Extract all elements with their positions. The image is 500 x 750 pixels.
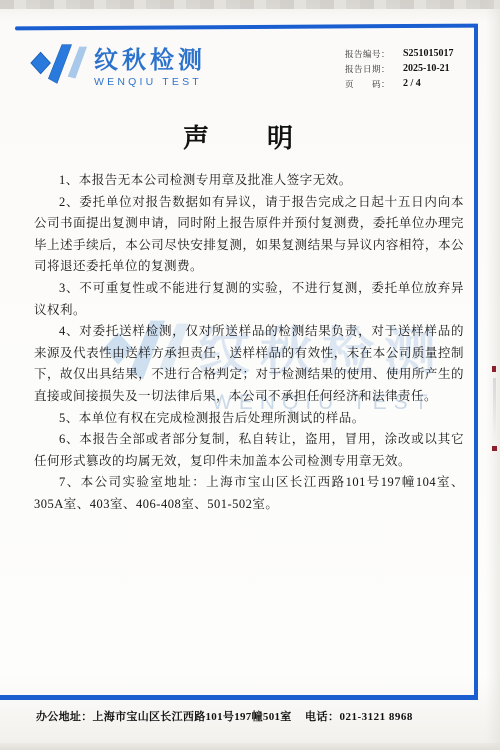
statement-clause-3: 3、不可重复性或不能进行复测的实验，不进行复测，委托单位放弃异议权利。 xyxy=(34,278,464,321)
phone-label: 电话： xyxy=(305,711,340,723)
statement-clause-1: 1、本报告无本公司检测专用章及批准人签字无效。 xyxy=(34,170,464,192)
scan-speck xyxy=(492,446,497,451)
report-number-row: 报告编号： S251015017 xyxy=(345,48,454,60)
report-date-value: 2025-10-21 xyxy=(403,63,450,75)
report-date-row: 报告日期： 2025-10-21 xyxy=(345,63,454,75)
scan-artifact-right-shade xyxy=(486,0,500,750)
office-address-label: 办公地址： xyxy=(36,711,93,723)
scan-artifact-top xyxy=(0,0,500,9)
statement-clause-4: 4、对委托送样检测，仅对所送样品的检测结果负责，对于送样样品的来源及代表性由送样… xyxy=(34,321,464,407)
statement-clause-7: 7、本公司实验室地址：上海市宝山区长江西路101号197幢104室、305A室、… xyxy=(34,472,464,515)
phone: 电话：021-3121 8968 xyxy=(305,708,413,724)
logo-text-block: 纹秋检测 WENQIU TEST xyxy=(94,40,206,88)
scanned-report-page: 纹秋检测 WENQIU TEST 报告编号： S251015017 报告日期： … xyxy=(0,0,500,750)
report-meta-block: 报告编号： S251015017 报告日期： 2025-10-21 页 码： 2… xyxy=(345,48,454,93)
page-title: 声 明 xyxy=(0,118,478,155)
page-number-row: 页 码： 2 / 4 xyxy=(345,78,454,90)
statement-clause-5: 5、本单位有权在完成检测报告后处理所测试的样品。 xyxy=(34,408,464,430)
statement-clause-2: 2、委托单位对报告数据如有异议，请于报告完成之日起十五日内向本公司书面提出复测申… xyxy=(34,192,464,278)
frame-border-bottom xyxy=(0,695,478,700)
report-date-label: 报告日期： xyxy=(345,63,403,75)
statement-clause-6: 6、本报告全部或者部分复制，私自转让，盗用，冒用，涂改或以其它任何形式篡改的均属… xyxy=(34,429,464,472)
brand-name-en: WENQIU TEST xyxy=(94,76,206,88)
office-address-value: 上海市宝山区长江西路101号197幢501室 xyxy=(93,711,292,723)
brand-name-cn: 纹秋检测 xyxy=(94,40,206,75)
page-number-value: 2 / 4 xyxy=(403,78,421,90)
scan-speck xyxy=(492,366,496,372)
page-number-label: 页 码： xyxy=(345,78,403,90)
company-logo: 纹秋检测 WENQIU TEST xyxy=(30,40,206,88)
wenqiu-logo-icon xyxy=(30,43,88,85)
scan-smudge xyxy=(493,378,496,438)
report-number-label: 报告编号： xyxy=(345,48,403,60)
office-address: 办公地址：上海市宝山区长江西路101号197幢501室 xyxy=(36,708,292,724)
report-number-value: S251015017 xyxy=(403,48,454,60)
statement-body: 1、本报告无本公司检测专用章及批准人签字无效。 2、委托单位对报告数据如有异议，… xyxy=(34,170,464,516)
frame-border-top xyxy=(15,24,478,31)
scan-artifact-bottom xyxy=(0,743,500,750)
phone-value: 021-3121 8968 xyxy=(340,711,413,723)
